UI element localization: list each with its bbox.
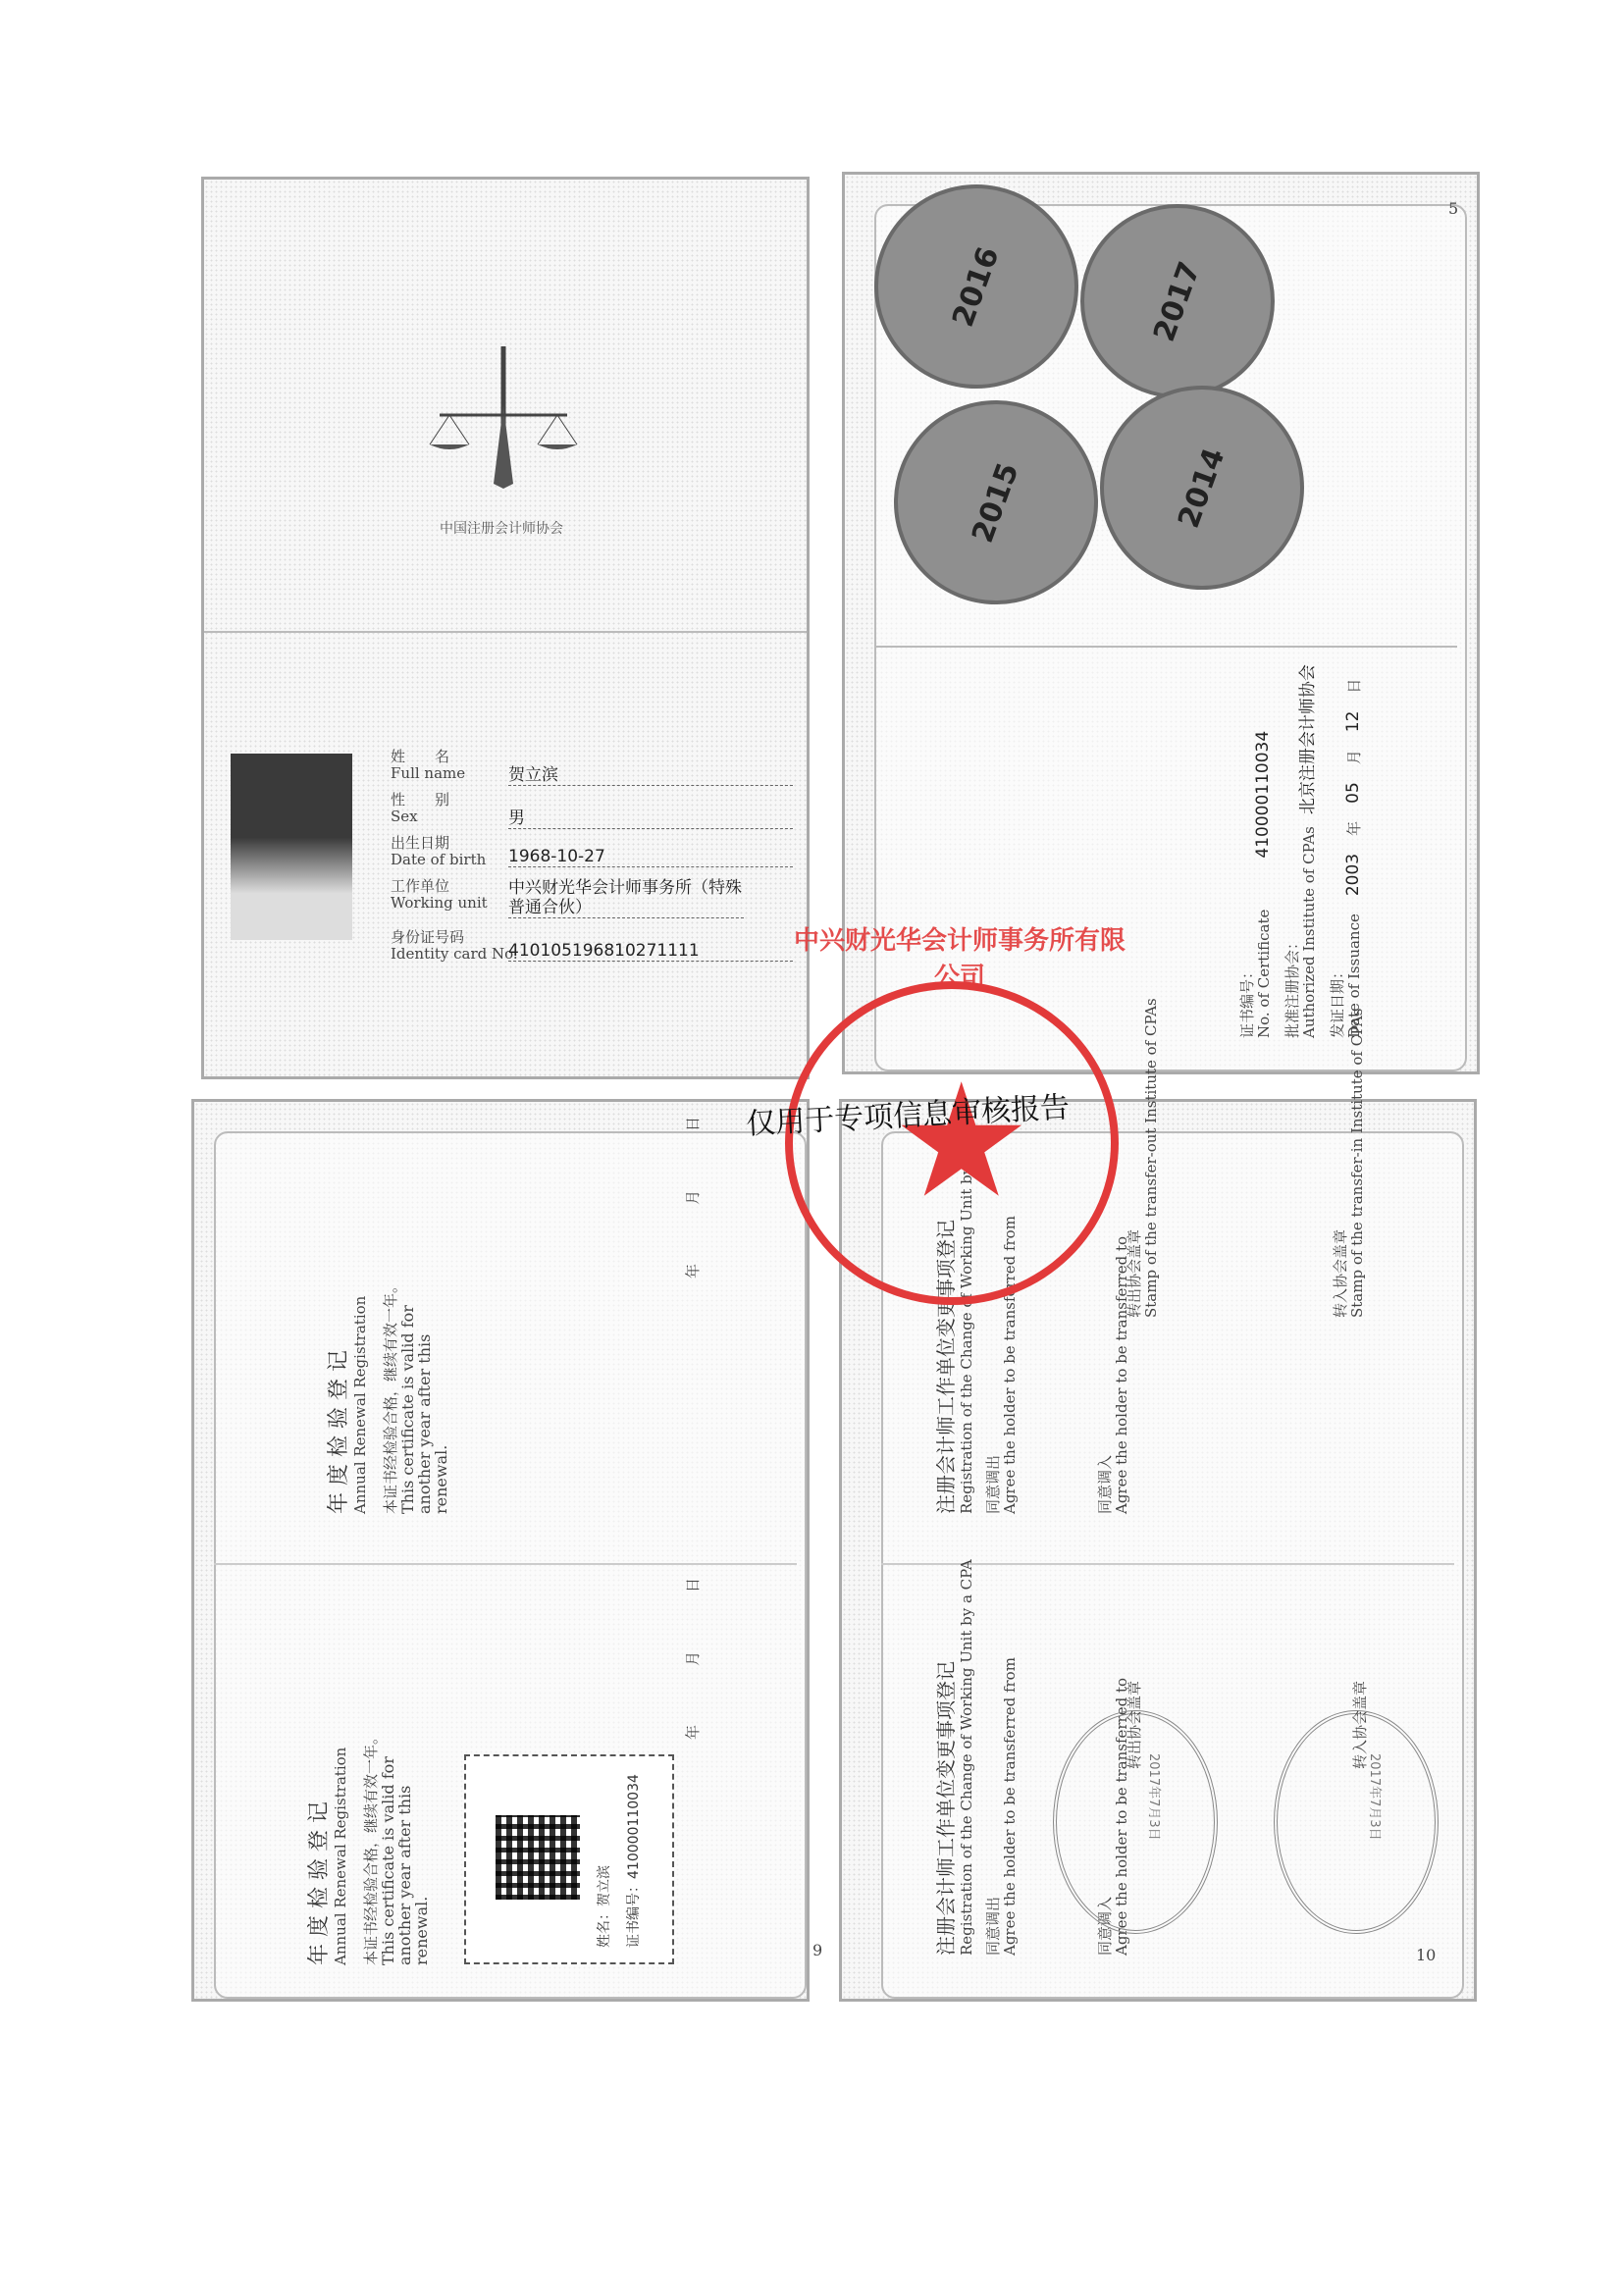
issue-year: 2003 (1343, 854, 1363, 896)
issue-month: 05 (1343, 782, 1363, 804)
emblem-text: 中国注册会计师协会 (440, 518, 563, 538)
cicpa-emblem (400, 307, 606, 513)
certificate-number: 410000110034 (1253, 731, 1273, 859)
annual-renewal-page: 年 度 检 验 登 记 Annual Renewal Registration … (191, 1099, 810, 2002)
scales-emblem-icon (400, 307, 606, 513)
field-dob: 出生日期 Date of birth 1968-10-27 (391, 835, 803, 878)
field-id-card: 身份证号码 Identity card No. 4101051968102711… (391, 929, 803, 972)
qr-code[interactable] (496, 1815, 580, 1900)
qr-cert-number: 证书编号：410000110034 (623, 1774, 643, 1948)
issue-day: 12 (1343, 711, 1363, 733)
qr-card: 姓名：贺立滨 证书编号：410000110034 (464, 1754, 674, 1964)
stamp-in-label-1: 转入协会盖章Stamp of the transfer-in Institute… (1333, 1009, 1366, 1318)
stamp-out-label-2: 转出协会盖章 (1126, 1681, 1143, 1769)
qr-name: 姓名：贺立滨 (594, 1865, 613, 1948)
field-sex: 性 别 Sex 男 (391, 792, 803, 835)
page-number: 9 (812, 1941, 822, 1959)
personal-fields: 姓 名 Full name 贺立滨 性 别 Sex 男 出生日期 Date of… (391, 749, 803, 972)
field-working-unit: 工作单位 Working unit 中兴财光华会计师事务所（特殊普通合伙） (391, 878, 803, 929)
red-seal-text: 中兴财光华会计师事务所有限公司 (783, 920, 1136, 993)
renewal-date-2: 年 月 日 (685, 1578, 702, 1740)
stamp-in-label-2: 转入协会盖章 (1352, 1681, 1369, 1769)
seal-2016: 2016 (874, 184, 1078, 389)
seal-2017: 2017 (1080, 204, 1275, 398)
company-red-seal: ★ 中兴财光华会计师事务所有限公司 (785, 981, 1119, 1305)
seal-2015: 2015 (894, 400, 1098, 604)
authorized-institute: 北京注册会计师协会 (1293, 664, 1318, 814)
fold-line (214, 1563, 797, 1565)
field-name: 姓 名 Full name 贺立滨 (391, 749, 803, 792)
fold-line (874, 646, 1457, 648)
renewal-block-2: 年 度 检 验 登 记 Annual Renewal Registration … (302, 1730, 430, 1965)
seal-2014: 2014 (1100, 386, 1304, 590)
certificate-info: 证书编号：No. of Certificate 410000110034 批准注… (1228, 664, 1363, 1038)
id-page: 中国注册会计师协会 姓 名 Full name 贺立滨 性 别 Sex 男 出生… (201, 177, 810, 1079)
renewal-block-1: 年 度 检 验 登 记 Annual Renewal Registration … (322, 1278, 449, 1514)
holder-photo (231, 754, 352, 940)
renewal-date-1: 年 月 日 (685, 1117, 702, 1278)
page-number: 5 (1448, 199, 1458, 218)
stamp-out-label-1: 转出协会盖章Stamp of the transfer-out Institut… (1126, 998, 1160, 1318)
page-number: 10 (1416, 1946, 1436, 1964)
fold-line (204, 631, 807, 633)
